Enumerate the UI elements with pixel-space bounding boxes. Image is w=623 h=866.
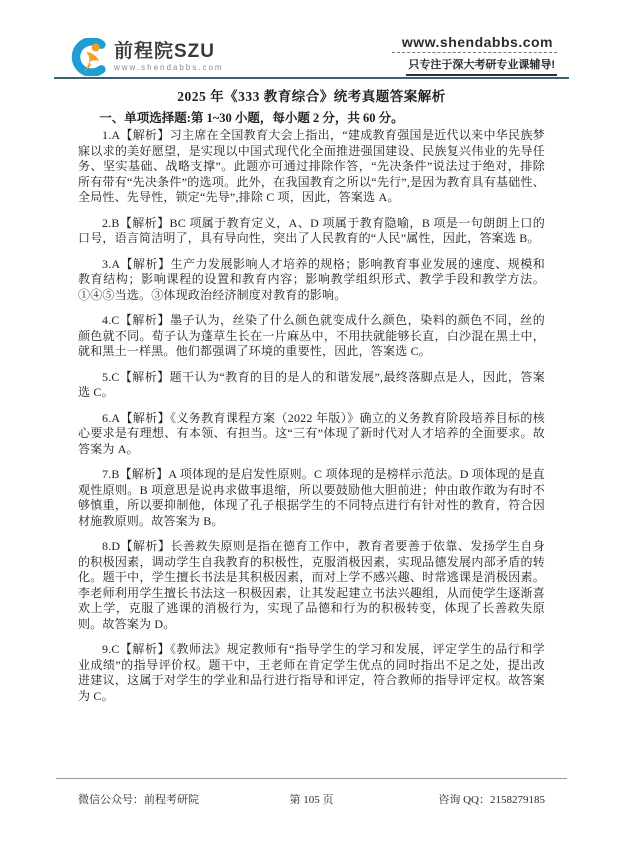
- page-header: 前程院SZU www.shendabbs.com www.shendabbs.c…: [66, 34, 557, 76]
- answer-paragraph-6: 6.A【解析】《义务教育课程方案（2022 年版）》确立的义务教育阶段培养目标的…: [78, 411, 545, 458]
- answer-paragraph-7: 7.B【解析】A 项体现的是启发性原则。C 项体现的是榜样示范法。D 项体现的是…: [78, 467, 545, 529]
- answer-paragraph-3: 3.A【解析】生产力发展影响人才培养的规格；影响教育事业发展的速度、规模和教育结…: [78, 257, 545, 304]
- answer-paragraph-9: 9.C【解析】《教师法》规定教师有“指导学生的学习和发展，评定学生的品行和学业成…: [78, 642, 545, 704]
- answer-paragraph-5: 5.C【解析】题干认为“教育的目的是人的和谐发展”,最终落脚点是人，因此，答案选…: [78, 370, 545, 401]
- logo-name: 前程院SZU: [114, 42, 224, 61]
- answer-paragraph-8: 8.D【解析】长善救失原则是指在德育工作中，教育者要善于依靠、发扬学生自身的积极…: [78, 539, 545, 632]
- logo-text-block: 前程院SZU www.shendabbs.com: [114, 42, 224, 72]
- page-footer: 第 105 页 微信公众号：前程考研院 咨询 QQ：2158279185: [56, 778, 567, 807]
- header-divider: [54, 77, 569, 79]
- logo-icon: [70, 38, 108, 76]
- footer-wechat: 微信公众号：前程考研院: [78, 791, 199, 807]
- section-heading: 一、单项选择题:第 1~30 小题，每小题 2 分，共 60 分。: [78, 108, 545, 126]
- document-page: 前程院SZU www.shendabbs.com www.shendabbs.c…: [0, 0, 623, 866]
- logo-url: www.shendabbs.com: [114, 64, 224, 72]
- site-url: www.shendabbs.com: [392, 34, 557, 53]
- answer-paragraph-2: 2.B【解析】BC 项属于教育定义，A、D 项属于教育隐喻，B 项是一句朗朗上口…: [78, 216, 545, 247]
- footer-qq: 咨询 QQ：2158279185: [438, 791, 545, 807]
- answer-paragraph-1: 1.A【解析】习主席在全国教育大会上指出，“建成教育强国是近代以来中华民族梦寐以…: [78, 128, 545, 206]
- slogan: 只专注于深大考研专业课辅导!: [406, 53, 557, 76]
- answer-paragraph-4: 4.C【解析】墨子认为，丝染了什么颜色就变成什么颜色，染料的颜色不同，丝的颜色就…: [78, 313, 545, 360]
- document-title: 2025 年《333 教育综合》统考真题答案解析: [78, 85, 545, 105]
- header-right: www.shendabbs.com 只专注于深大考研专业课辅导!: [392, 34, 557, 76]
- answer-analysis-content: 1.A【解析】习主席在全国教育大会上指出，“建成教育强国是近代以来中华民族梦寐以…: [78, 128, 545, 704]
- logo: 前程院SZU www.shendabbs.com: [66, 38, 224, 76]
